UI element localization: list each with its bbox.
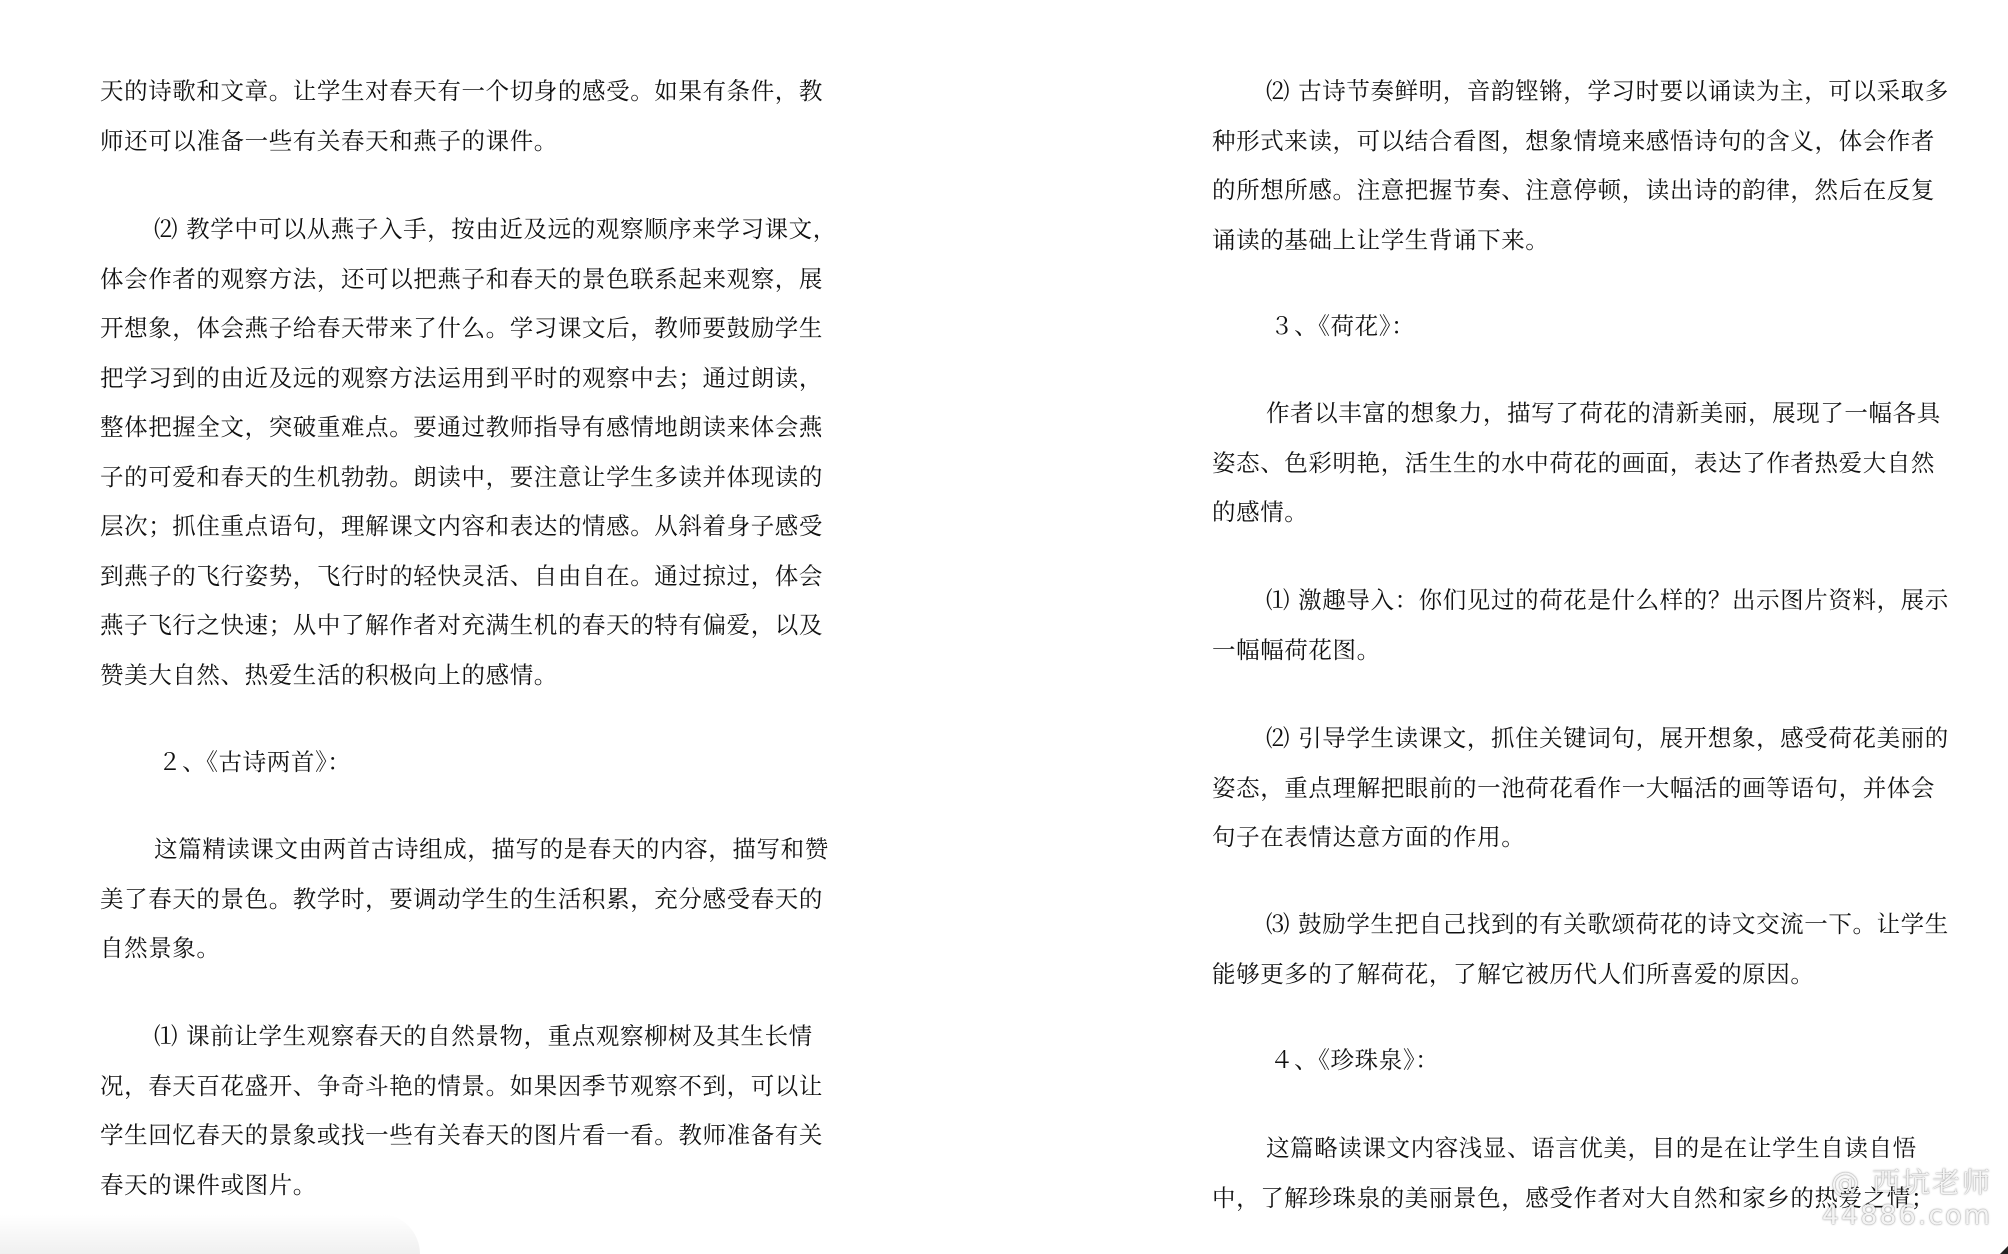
paragraph-lotus-step-3: ⑶ 鼓励学生把自己找到的有关歌颂荷花的诗文交流一下。让学生 能够更多的了解荷花，…	[1212, 900, 1957, 999]
text-line: 体会作者的观察方法，还可以把燕子和春天的景色联系起来观察，展	[100, 255, 825, 305]
text-line: ⑵ 教学中可以从燕子入手，按由近及远的观察顺序来学习课文，	[100, 205, 825, 255]
text-line: 到燕子的飞行姿势，飞行时的轻快灵活、自由自在。通过掠过，体会	[100, 552, 825, 602]
section-heading-3: ３、《荷花》：	[1212, 302, 1415, 352]
paragraph-swallow-teaching: ⑵ 教学中可以从燕子入手，按由近及远的观察顺序来学习课文， 体会作者的观察方法，…	[100, 205, 825, 700]
watermark: @ 西坑老师 44886.com	[1822, 1166, 1992, 1232]
text-line: ⑵ 古诗节奏鲜明，音韵铿锵，学习时要以诵读为主，可以采取多	[1212, 67, 1957, 117]
text-line: 整体把握全文，突破重难点。要通过教师指导有感情地朗读来体会燕	[100, 403, 825, 453]
text-line: ⑴ 激趣导入：你们见过的荷花是什么样的？出示图片资料，展示	[1212, 576, 1957, 626]
text-line: 燕子飞行之快速；从中了解作者对充满生机的春天的特有偏爱，以及	[100, 601, 825, 651]
watermark-url: 44886.com	[1822, 1200, 1992, 1232]
text-line: 子的可爱和春天的生机勃勃。朗读中，要注意让学生多读并体现读的	[100, 453, 825, 503]
section-heading-4: ４、《珍珠泉》：	[1212, 1036, 1439, 1086]
paragraph-observe-spring: ⑴ 课前让学生观察春天的自然景物，重点观察柳树及其生长情 况，春天百花盛开、争奇…	[100, 1012, 825, 1210]
section-heading-2: ２、《古诗两首》：	[100, 738, 351, 788]
text-line: 姿态、色彩明艳，活生生的水中荷花的画面，表达了作者热爱大自然	[1212, 439, 1957, 489]
text-line: 况，春天百花盛开、争奇斗艳的情景。如果因季节观察不到，可以让	[100, 1062, 825, 1112]
text-line: 的所想所感。注意把握节奏、注意停顿，读出诗的韵律，然后在反复	[1212, 166, 1957, 216]
paragraph-spring-poems: 天的诗歌和文章。让学生对春天有一个切身的感受。如果有条件，教 师还可以准备一些有…	[100, 67, 825, 166]
text-line: 学生回忆春天的景象或找一些有关春天的图片看一看。教师准备有关	[100, 1111, 825, 1161]
text-line: 姿态，重点理解把眼前的一池荷花看作一大幅活的画等语句，并体会	[1212, 764, 1957, 814]
text-line: 的感情。	[1212, 488, 1957, 538]
text-line: 作者以丰富的想象力，描写了荷花的清新美丽，展现了一幅各具	[1212, 389, 1957, 439]
watermark-name: @ 西坑老师	[1822, 1166, 1992, 1200]
text-line: 这篇精读课文由两首古诗组成，描写的是春天的内容，描写和赞	[100, 825, 825, 875]
text-line: 自然景象。	[100, 924, 825, 974]
text-line: 能够更多的了解荷花，了解它被历代人们所喜爱的原因。	[1212, 950, 1957, 1000]
paragraph-lotus-step-2: ⑵ 引导学生读课文，抓住关键词句，展开想象，感受荷花美丽的 姿态，重点理解把眼前…	[1212, 714, 1957, 863]
text-line: 赞美大自然、热爱生活的积极向上的感情。	[100, 651, 825, 701]
resize-corner-icon	[2000, 1246, 2008, 1254]
text-line: 开想象，体会燕子给春天带来了什么。学习课文后，教师要鼓励学生	[100, 304, 825, 354]
text-line: 一幅幅荷花图。	[1212, 626, 1957, 676]
text-line: 把学习到的由近及远的观察方法运用到平时的观察中去；通过朗读，	[100, 354, 825, 404]
text-line: 诵读的基础上让学生背诵下来。	[1212, 216, 1957, 266]
paragraph-lotus-step-1: ⑴ 激趣导入：你们见过的荷花是什么样的？出示图片资料，展示 一幅幅荷花图。	[1212, 576, 1957, 675]
paragraph-poem-rhythm: ⑵ 古诗节奏鲜明，音韵铿锵，学习时要以诵读为主，可以采取多 种形式来读，可以结合…	[1212, 67, 1957, 265]
text-line: ⑵ 引导学生读课文，抓住关键词句，展开想象，感受荷花美丽的	[1212, 714, 1957, 764]
text-line: 种形式来读，可以结合看图，想象情境来感悟诗句的含义，体会作者	[1212, 117, 1957, 167]
text-line: ⑶ 鼓励学生把自己找到的有关歌颂荷花的诗文交流一下。让学生	[1212, 900, 1957, 950]
paragraph-ancient-poems-intro: 这篇精读课文由两首古诗组成，描写的是春天的内容，描写和赞 美了春天的景色。教学时…	[100, 825, 825, 974]
text-line: 春天的课件或图片。	[100, 1161, 825, 1211]
page-edge-shadow	[0, 1214, 420, 1254]
text-line: ⑴ 课前让学生观察春天的自然景物，重点观察柳树及其生长情	[100, 1012, 825, 1062]
paragraph-lotus-intro: 作者以丰富的想象力，描写了荷花的清新美丽，展现了一幅各具 姿态、色彩明艳，活生生…	[1212, 389, 1957, 538]
text-line: 层次；抓住重点语句，理解课文内容和表达的情感。从斜着身子感受	[100, 502, 825, 552]
text-line: 天的诗歌和文章。让学生对春天有一个切身的感受。如果有条件，教	[100, 67, 825, 117]
text-line: 师还可以准备一些有关春天和燕子的课件。	[100, 117, 825, 167]
text-line: 美了春天的景色。教学时，要调动学生的生活积累，充分感受春天的	[100, 875, 825, 925]
text-line: 句子在表情达意方面的作用。	[1212, 813, 1957, 863]
